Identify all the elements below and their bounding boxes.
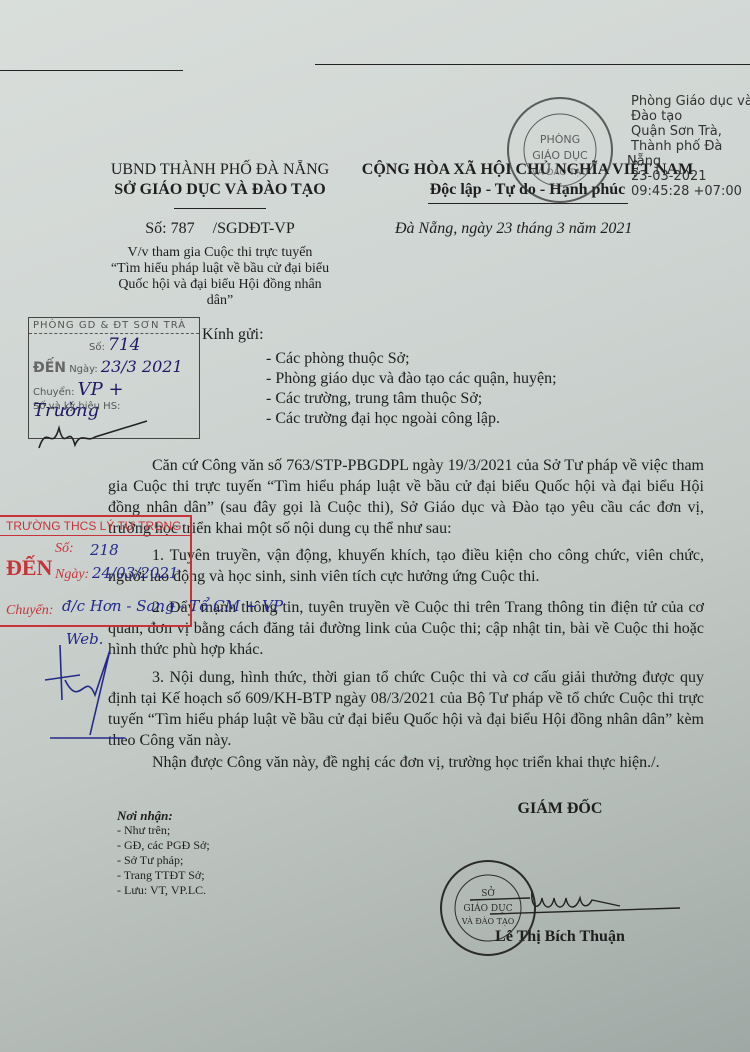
- distribution-item: - Như trên;: [117, 823, 210, 838]
- digsig-line: Nẵng: [627, 154, 750, 169]
- stamp-school-so-value: 218: [90, 541, 119, 559]
- body-intro: Căn cứ Công văn số 763/STP-PBGDPL ngày 1…: [108, 455, 704, 539]
- stamp-so-value: 714: [108, 335, 140, 355]
- recipient-item: - Các trường đại học ngoài công lập.: [266, 409, 557, 429]
- svg-text:VÀ ĐÀO TẠO: VÀ ĐÀO TẠO: [532, 166, 588, 178]
- stamp-row-chuyen: Chuyển: VP + Trường: [29, 378, 199, 400]
- issuer-org-line1: UBND THÀNH PHỐ ĐÀ NẴNG: [105, 160, 335, 180]
- distribution-item: - Trang TTĐT Sở;: [117, 868, 210, 883]
- distribution-item: - Lưu: VT, VP.LC.: [117, 883, 210, 898]
- issuer-org-line2: SỞ GIÁO DỤC VÀ ĐÀO TẠO: [105, 180, 335, 200]
- stamp-school-title: TRƯỜNG THCS LÝ TỰ TRỌNG: [0, 517, 190, 536]
- recipients-block: Kính gửi: - Các phòng thuộc Sở; - Phòng …: [228, 325, 557, 429]
- received-stamp-district: PHÒNG GD & ĐT SƠN TRÀ Số: 714 ĐẾN Ngày: …: [28, 317, 200, 439]
- recipients-label: Kính gửi:: [202, 325, 557, 345]
- digsig-date: 23-03-2021: [631, 169, 750, 184]
- handwritten-signature-icon: [37, 413, 157, 458]
- stamp-school-chuyen-value: đ/c Hơn - Sang - Tổ CM + VP: [62, 597, 283, 615]
- digsig-line: Phòng Giáo dục và: [631, 94, 750, 109]
- stamp-ngay-value: 23/3 2021: [101, 357, 183, 376]
- subject-line-2: “Tìm hiểu pháp luật về bầu cử đại biểu: [105, 261, 335, 277]
- body-item-3: 3. Nội dung, hình thức, thời gian tổ chứ…: [108, 667, 704, 751]
- director-signature-icon: [470, 880, 700, 920]
- issuer-header: UBND THÀNH PHỐ ĐÀ NẴNG SỞ GIÁO DỤC VÀ ĐÀ…: [105, 160, 335, 309]
- distribution-list: Nơi nhận: - Như trên; - GĐ, các PGĐ Sở; …: [117, 808, 210, 898]
- stamp-label: Số và ký hiệu HS:: [33, 401, 120, 412]
- digital-signature: Phòng Giáo dục và Đào tạo Quận Sơn Trà, …: [631, 94, 750, 199]
- body-closing: Nhận được Công văn này, đề nghị các đơn …: [108, 752, 704, 773]
- stamp-label: Ngày:: [69, 364, 98, 375]
- body-item-1-block: 1. Tuyên truyền, vận động, khuyến khích,…: [108, 545, 704, 587]
- digsig-time: 09:45:28 +07:00: [631, 184, 750, 199]
- recipients-list: - Các phòng thuộc Sở; - Phòng giáo dục v…: [266, 349, 557, 429]
- stamp-label: Số:: [55, 541, 74, 557]
- received-stamp-school: TRƯỜNG THCS LÝ TỰ TRỌNG Số: 218 ĐẾN Ngày…: [0, 515, 192, 627]
- top-rule-left: [0, 70, 183, 71]
- recipient-item: - Các phòng thuộc Sở;: [266, 349, 557, 369]
- stamp-title: PHÒNG GD & ĐT SƠN TRÀ: [29, 318, 199, 334]
- stamp-school-den: ĐẾN: [6, 555, 52, 581]
- subject-line-1: V/v tham gia Cuộc thi trực tuyến: [105, 245, 335, 261]
- svg-text:PHÒNG: PHÒNG: [540, 133, 580, 146]
- stamp-label: Chuyển:: [33, 387, 74, 398]
- document-number: Số: 787/SGDĐT-VP: [105, 219, 335, 239]
- distribution-item: - GĐ, các PGĐ Sở;: [117, 838, 210, 853]
- body-item-3-block: 3. Nội dung, hình thức, thời gian tổ chứ…: [108, 667, 704, 751]
- subject-line: V/v tham gia Cuộc thi trực tuyến “Tìm hi…: [105, 245, 335, 309]
- distribution-item: - Sở Tư pháp;: [117, 853, 210, 868]
- digsig-line: Thành phố Đà: [631, 139, 750, 154]
- distribution-label: Nơi nhận:: [117, 808, 210, 823]
- stamp-row-so: Số: 714: [29, 334, 199, 356]
- stamp-label: Ngày:: [55, 567, 89, 583]
- document-number-value: Số: 787: [145, 220, 194, 237]
- place-date: Đà Nẵng, ngày 23 tháng 3 năm 2021: [395, 220, 632, 238]
- digsig-line: Đào tạo: [631, 109, 750, 124]
- digsig-line: Quận Sơn Trà,: [631, 124, 750, 139]
- seal-top-icon: PHÒNG GIÁO DỤC VÀ ĐÀO TẠO: [505, 95, 615, 205]
- stamp-label: Chuyển:: [6, 603, 53, 619]
- issuer-underline: [174, 208, 266, 209]
- signer-role: GIÁM ĐỐC: [440, 800, 680, 818]
- recipient-item: - Các trường, trung tâm thuộc Sở;: [266, 389, 557, 409]
- stamp-school-ngay-value: 24/03/2021: [92, 564, 178, 582]
- svg-text:GIÁO DỤC: GIÁO DỤC: [532, 149, 588, 162]
- stamp-row-ngay: ĐẾN Ngày: 23/3 2021: [29, 356, 199, 378]
- subject-line-3: Quốc hội và đại biểu Hội đồng nhân dân”: [105, 277, 335, 309]
- body-item-1: 1. Tuyên truyền, vận động, khuyến khích,…: [108, 545, 704, 587]
- handwritten-initials-icon: [40, 640, 130, 740]
- body-closing-block: Nhận được Công văn này, đề nghị các đơn …: [108, 752, 704, 773]
- body-text: Căn cứ Công văn số 763/STP-PBGDPL ngày 1…: [108, 455, 704, 539]
- document-code: /SGDĐT-VP: [213, 220, 295, 237]
- top-rule-right: [315, 64, 750, 65]
- stamp-den-label: ĐẾN: [33, 360, 66, 376]
- recipient-item: - Phòng giáo dục và đào tạo các quận, hu…: [266, 369, 557, 389]
- stamp-label: Số:: [89, 342, 105, 353]
